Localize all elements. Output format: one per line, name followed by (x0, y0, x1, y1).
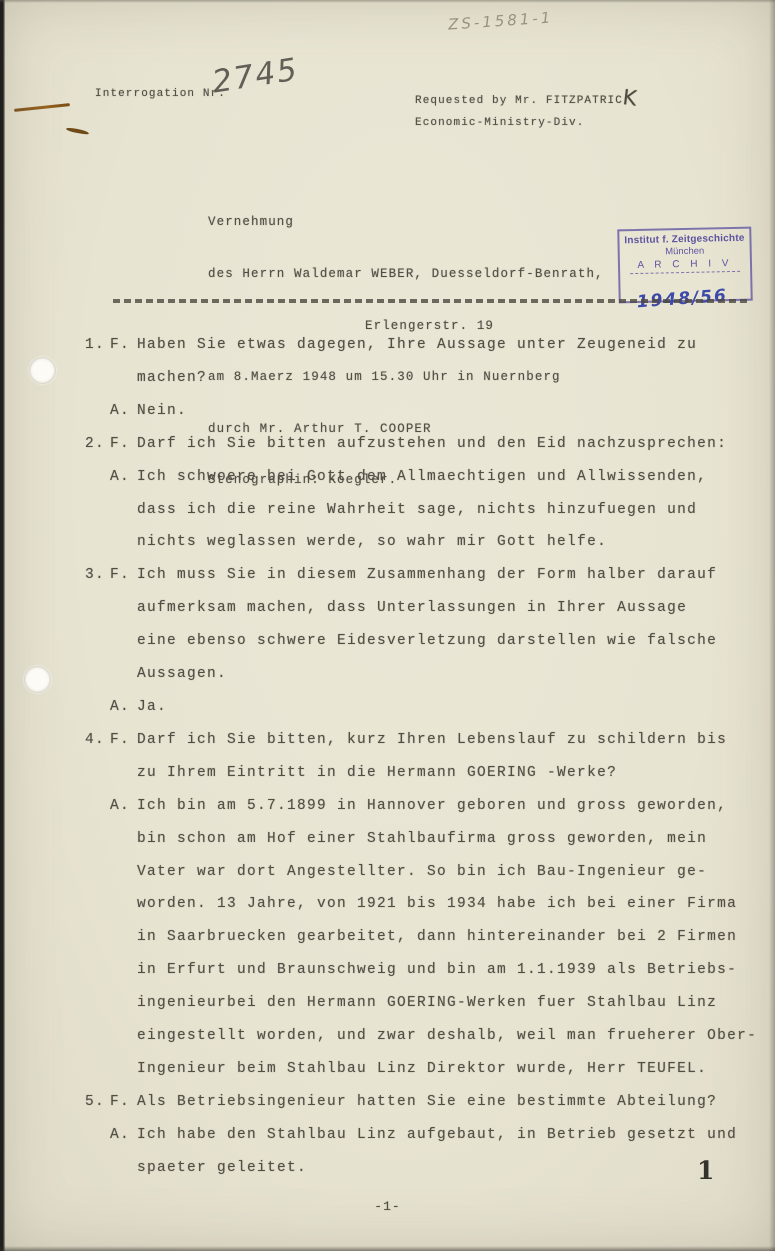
qa-line-num (85, 1152, 110, 1185)
qa-line: A.Nein. (85, 395, 730, 428)
qa-line-marker: F. (110, 428, 137, 461)
qa-line: A.Ja. (85, 691, 730, 724)
qa-line-marker (110, 1020, 137, 1053)
qa-line-text: Darf ich Sie bitten aufzustehen und den … (137, 428, 730, 461)
qa-line-text: Ich bin am 5.7.1899 in Hannover geboren … (137, 790, 730, 823)
qa-line: in Saarbruecken gearbeitet, dann hintere… (85, 921, 730, 954)
qa-line-text: machen? (137, 362, 730, 395)
archive-stamp: Institut f. Zeitgeschichte München A R C… (617, 227, 753, 304)
qa-line-marker (110, 856, 137, 889)
qa-line-marker (110, 954, 137, 987)
hole-punch-bottom (24, 666, 51, 693)
qa-line-num (85, 987, 110, 1020)
qa-line-num (85, 1053, 110, 1086)
qa-line: 4.F.Darf ich Sie bitten, kurz Ihren Lebe… (85, 724, 730, 757)
qa-line: A.Ich bin am 5.7.1899 in Hannover gebore… (85, 790, 730, 823)
hole-punch-top (29, 357, 56, 384)
qa-line-text: Darf ich Sie bitten, kurz Ihren Lebensla… (137, 724, 730, 757)
qa-line-text: Ich habe den Stahlbau Linz aufgebaut, in… (137, 1119, 737, 1152)
qa-line-marker: A. (110, 395, 137, 428)
stamp-city: München (620, 245, 750, 259)
qa-line-text: in Erfurt und Braunschweig und bin am 1.… (137, 954, 737, 987)
qa-line: dass ich die reine Wahrheit sage, nichts… (85, 494, 730, 527)
qa-line-num (85, 461, 110, 494)
pencil-reference-note: ZS-1581-1 (448, 8, 554, 33)
qa-line: worden. 13 Jahre, von 1921 bis 1934 habe… (85, 888, 730, 921)
pen-mark (14, 103, 70, 112)
qa-line-text: Aussagen. (137, 658, 730, 691)
qa-line-text: Ja. (137, 691, 730, 724)
qa-line-text: Ingenieur beim Stahlbau Linz Direktor wu… (137, 1053, 730, 1086)
interrogation-number-handwritten: 2745 (210, 51, 301, 100)
qa-line: zu Ihrem Eintritt in die Hermann GOERING… (85, 757, 730, 790)
qa-line-num: 1. (85, 329, 110, 362)
qa-line: Vater war dort Angestellter. So bin ich … (85, 856, 730, 889)
qa-line: aufmerksam machen, dass Unterlassungen i… (85, 592, 730, 625)
qa-line-text: Vater war dort Angestellter. So bin ich … (137, 856, 730, 889)
qa-line-marker (110, 625, 137, 658)
qa-line-marker (110, 987, 137, 1020)
qa-line-num (85, 658, 110, 691)
qa-line-num (85, 362, 110, 395)
qa-line-text: in Saarbruecken gearbeitet, dann hintere… (137, 921, 737, 954)
qa-line-num: 2. (85, 428, 110, 461)
qa-line: bin schon am Hof einer Stahlbaufirma gro… (85, 823, 730, 856)
qa-line: machen? (85, 362, 730, 395)
qa-line-marker: A. (110, 461, 137, 494)
qa-line-num: 4. (85, 724, 110, 757)
qa-line-num (85, 757, 110, 790)
qa-line-marker (110, 658, 137, 691)
requested-by-typed-text: Requested by Mr. FITZPATRIC (415, 95, 623, 107)
scan-edge-top (0, 0, 775, 3)
qa-line: Ingenieur beim Stahlbau Linz Direktor wu… (85, 1053, 730, 1086)
qa-line-num (85, 888, 110, 921)
qa-line-num: 3. (85, 559, 110, 592)
scan-edge-left (0, 0, 5, 1251)
qa-line-text: dass ich die reine Wahrheit sage, nichts… (137, 494, 730, 527)
qa-line-text: ingenieurbei den Hermann GOERING-Werken … (137, 987, 730, 1020)
qa-body: 1.F.Haben Sie etwas dagegen, Ihre Aussag… (85, 329, 730, 1185)
qa-line-text: Als Betriebsingenieur hatten Sie eine be… (137, 1086, 730, 1119)
qa-line: Aussagen. (85, 658, 730, 691)
qa-line: ingenieurbei den Hermann GOERING-Werken … (85, 987, 730, 1020)
qa-line-num (85, 790, 110, 823)
qa-line-marker (110, 592, 137, 625)
session-header-line: Vernehmung (208, 214, 604, 231)
requested-by-line: Requested by Mr. FITZPATRICK (415, 84, 638, 108)
qa-line-num (85, 954, 110, 987)
qa-line-marker: A. (110, 790, 137, 823)
qa-line: spaeter geleitet. (85, 1152, 730, 1185)
qa-line-num (85, 526, 110, 559)
interrogation-number-label: Interrogation Nr. (95, 88, 226, 100)
qa-line-text: spaeter geleitet. (137, 1152, 730, 1185)
qa-line-marker (110, 1053, 137, 1086)
requested-by-handwritten-k: K (621, 85, 639, 111)
qa-line: 2.F.Darf ich Sie bitten aufzustehen und … (85, 428, 730, 461)
qa-line-num (85, 1119, 110, 1152)
pen-mark (66, 127, 89, 135)
qa-line-text: Ich muss Sie in diesem Zusammenhang der … (137, 559, 730, 592)
qa-line-text: Haben Sie etwas dagegen, Ihre Aussage un… (137, 329, 730, 362)
qa-line-num: 5. (85, 1086, 110, 1119)
qa-line-marker: F. (110, 1086, 137, 1119)
qa-line-num (85, 823, 110, 856)
qa-line-text: Nein. (137, 395, 730, 428)
qa-line: A.Ich habe den Stahlbau Linz aufgebaut, … (85, 1119, 730, 1152)
qa-line-num (85, 1020, 110, 1053)
qa-line-num (85, 592, 110, 625)
qa-line-text: nichts weglassen werde, so wahr mir Gott… (137, 526, 730, 559)
divider-line (113, 299, 749, 303)
typed-page-number: -1- (374, 1199, 400, 1214)
qa-line-marker: A. (110, 691, 137, 724)
qa-line: nichts weglassen werde, so wahr mir Gott… (85, 526, 730, 559)
qa-line: eine ebenso schwere Eidesverletzung dars… (85, 625, 730, 658)
qa-line-text: eine ebenso schwere Eidesverletzung dars… (137, 625, 730, 658)
qa-line-text: aufmerksam machen, dass Unterlassungen i… (137, 592, 730, 625)
qa-line-num (85, 625, 110, 658)
qa-line-text: worden. 13 Jahre, von 1921 bis 1934 habe… (137, 888, 737, 921)
qa-line-marker (110, 823, 137, 856)
session-header-line: des Herrn Waldemar WEBER, Duesseldorf-Be… (208, 266, 604, 283)
qa-line-text: bin schon am Hof einer Stahlbaufirma gro… (137, 823, 730, 856)
qa-line-marker (110, 1152, 137, 1185)
qa-line: in Erfurt und Braunschweig und bin am 1.… (85, 954, 730, 987)
qa-line: 3.F.Ich muss Sie in diesem Zusammenhang … (85, 559, 730, 592)
stamp-archiv-label: A R C H I V (630, 258, 740, 274)
stamped-page-number: 1 (697, 1156, 714, 1185)
qa-line-text: Ich schwoere bei Gott dem Allmaechtigen … (137, 461, 730, 494)
qa-line-num (85, 494, 110, 527)
qa-line: 5.F.Als Betriebsingenieur hatten Sie ein… (85, 1086, 730, 1119)
qa-line-num (85, 856, 110, 889)
qa-line: 1.F.Haben Sie etwas dagegen, Ihre Aussag… (85, 329, 730, 362)
qa-line-num (85, 921, 110, 954)
scan-edge-bottom (0, 1246, 775, 1251)
qa-line-marker: A. (110, 1119, 137, 1152)
scanned-document-page: ZS-1581-1 Interrogation Nr. 2745 Request… (0, 0, 775, 1251)
qa-line-num (85, 691, 110, 724)
qa-line-marker (110, 494, 137, 527)
qa-line-marker: F. (110, 329, 137, 362)
qa-line-marker (110, 921, 137, 954)
qa-line-marker (110, 888, 137, 921)
qa-line-text: zu Ihrem Eintritt in die Hermann GOERING… (137, 757, 730, 790)
qa-line-marker: F. (110, 559, 137, 592)
qa-line-text: eingestellt worden, und zwar deshalb, we… (137, 1020, 757, 1053)
qa-line-marker: F. (110, 724, 137, 757)
qa-line-num (85, 395, 110, 428)
qa-line: eingestellt worden, und zwar deshalb, we… (85, 1020, 730, 1053)
scan-edge-right (769, 0, 775, 1251)
qa-line-marker (110, 526, 137, 559)
division-line: Economic-Ministry-Div. (415, 117, 584, 129)
qa-line: A.Ich schwoere bei Gott dem Allmaechtige… (85, 461, 730, 494)
qa-line-marker (110, 362, 137, 395)
qa-line-marker (110, 757, 137, 790)
